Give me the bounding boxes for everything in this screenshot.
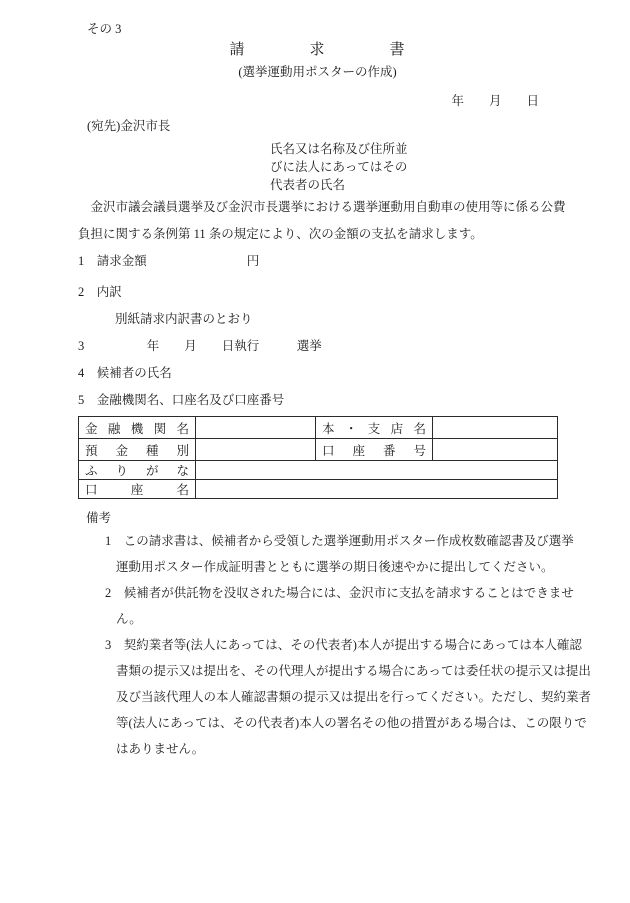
label-branch-name: 本 ・ 支 店 名 — [316, 417, 433, 439]
document-subtitle: (選挙運動用ポスターの作成) — [78, 63, 557, 82]
form-number: その 3 — [87, 20, 557, 38]
remark-note-3: 3 契約業者等(法人にあっては、その代表者)本人が提出する場合にあっては本人確認… — [116, 632, 557, 762]
item-election-date: 3 年 月 日執行 選挙 — [78, 333, 557, 360]
table-row: 預 金 種 別 口 座 番 号 — [79, 439, 558, 461]
claim-form-page: その 3 請 求 書 (選挙運動用ポスターの作成) 年 月 日 (宛先)金沢市長… — [0, 0, 630, 903]
field-branch-name — [433, 417, 558, 439]
table-row: ふ り が な — [79, 461, 558, 480]
field-account-number — [433, 439, 558, 461]
remark-note-1: 1 この請求書は、候補者から受領した選挙運動用ポスター作成枚数確認書及び選挙 運… — [116, 528, 557, 580]
date-field: 年 月 日 — [78, 92, 539, 111]
field-account-name — [196, 480, 558, 499]
label-account-number: 口 座 番 号 — [316, 439, 433, 461]
bank-account-table: 金 融 機 関 名 本 ・ 支 店 名 預 金 種 別 口 座 番 号 ふ り … — [78, 416, 558, 499]
remark-note-2: 2 候補者が供託物を没収された場合には、金沢市に支払を請求することはできませ ん… — [116, 580, 557, 632]
body-paragraph: 金沢市議会議員選挙及び金沢市長選挙における選挙運動用自動車の使用等に係る公費 負… — [78, 194, 557, 248]
item-breakdown-detail: 別紙請求内訳書のとおり — [115, 306, 557, 333]
item-claim-amount: 1 請求金額 円 — [78, 248, 557, 275]
field-furigana — [196, 461, 558, 480]
label-deposit-type: 預 金 種 別 — [79, 439, 196, 461]
field-deposit-type — [196, 439, 316, 461]
document-title: 請 求 書 — [78, 40, 557, 61]
applicant-name-label: 氏名又は名称及び住所並 びに法人にあってはその 代表者の氏名 — [270, 140, 557, 194]
item-bank-account-heading: 5 金融機関名、口座名及び口座番号 — [78, 387, 557, 414]
label-account-name: 口 座 名 — [79, 480, 196, 499]
table-row: 金 融 機 関 名 本 ・ 支 店 名 — [79, 417, 558, 439]
label-furigana: ふ り が な — [79, 461, 196, 480]
field-financial-institution — [196, 417, 316, 439]
addressee-line: (宛先)金沢市長 — [87, 117, 557, 136]
remarks-heading: 備考 — [86, 509, 557, 528]
label-financial-institution: 金 融 機 関 名 — [79, 417, 196, 439]
item-breakdown: 2 内訳 — [78, 279, 557, 306]
table-row: 口 座 名 — [79, 480, 558, 499]
item-candidate-name: 4 候補者の氏名 — [78, 360, 557, 387]
